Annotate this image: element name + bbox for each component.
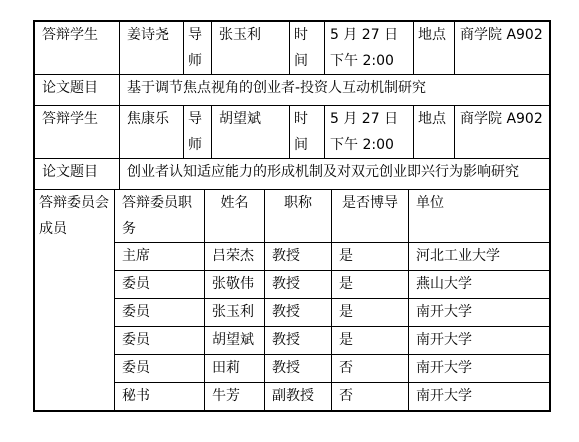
defense-info-table: 答辩学生 姜诗尧 导师 张玉利 时间 5 月 27 日 下午 2:00 地点 商… — [34, 21, 550, 190]
member-unit-cell: 南开大学 — [409, 355, 550, 383]
member-unit-cell: 南开大学 — [409, 327, 550, 355]
committee-header-title: 职称 — [265, 190, 332, 243]
location-value-cell: 商学院 A902 — [455, 106, 550, 159]
thesis-row-2: 论文题目 创业者认知适应能力的形成机制及对双元创业即兴行为影响研究 — [35, 159, 550, 190]
member-title-cell: 教授 — [265, 355, 332, 383]
thesis-label-cell: 论文题目 — [35, 75, 120, 106]
committee-section-label-cell: 答辩委员会成员 — [35, 190, 115, 411]
member-supervisor-cell: 否 — [332, 383, 409, 411]
committee-header-supervisor: 是否博导 — [332, 190, 409, 243]
member-name-cell: 张玉利 — [205, 299, 265, 327]
student-row-2: 答辩学生 焦康乐 导师 胡望斌 时间 5 月 27 日 下午 2:00 地点 商… — [35, 106, 550, 159]
time-date: 5 月 27 日 — [330, 22, 408, 48]
member-role-cell: 委员 — [115, 299, 205, 327]
time-label-cell: 时间 — [290, 22, 325, 75]
student-label-cell: 答辩学生 — [35, 22, 120, 75]
time-clock: 下午 2:00 — [330, 132, 408, 158]
advisor-name-cell: 胡望斌 — [212, 106, 290, 159]
student-name-cell: 焦康乐 — [120, 106, 184, 159]
defense-info-document: 答辩学生 姜诗尧 导师 张玉利 时间 5 月 27 日 下午 2:00 地点 商… — [33, 20, 551, 412]
time-label-cell: 时间 — [290, 106, 325, 159]
member-role-cell: 委员 — [115, 355, 205, 383]
thesis-label-cell: 论文题目 — [35, 159, 120, 190]
member-title-cell: 副教授 — [265, 383, 332, 411]
committee-header-unit: 单位 — [409, 190, 550, 243]
committee-header-row: 答辩委员会成员 答辩委员职务 姓名 职称 是否博导 单位 — [35, 190, 550, 243]
time-value-cell: 5 月 27 日 下午 2:00 — [325, 22, 414, 75]
committee-header-name: 姓名 — [205, 190, 265, 243]
advisor-label-cell: 导师 — [184, 106, 212, 159]
member-unit-cell: 河北工业大学 — [409, 243, 550, 271]
student-name-cell: 姜诗尧 — [120, 22, 184, 75]
location-value-cell: 商学院 A902 — [455, 22, 550, 75]
member-name-cell: 牛芳 — [205, 383, 265, 411]
thesis-title-cell: 基于调节焦点视角的创业者-投资人互动机制研究 — [120, 75, 550, 106]
member-title-cell: 教授 — [265, 327, 332, 355]
member-unit-cell: 南开大学 — [409, 383, 550, 411]
member-supervisor-cell: 否 — [332, 355, 409, 383]
member-role-cell: 主席 — [115, 243, 205, 271]
time-date: 5 月 27 日 — [330, 106, 408, 132]
time-clock: 下午 2:00 — [330, 48, 408, 74]
location-label-cell: 地点 — [414, 106, 455, 159]
member-title-cell: 教授 — [265, 271, 332, 299]
student-row-1: 答辩学生 姜诗尧 导师 张玉利 时间 5 月 27 日 下午 2:00 地点 商… — [35, 22, 550, 75]
member-role-cell: 委员 — [115, 327, 205, 355]
member-role-cell: 秘书 — [115, 383, 205, 411]
member-unit-cell: 燕山大学 — [409, 271, 550, 299]
student-label-cell: 答辩学生 — [35, 106, 120, 159]
committee-table: 答辩委员会成员 答辩委员职务 姓名 职称 是否博导 单位 主席 吕荣杰 教授 是… — [34, 189, 550, 411]
member-title-cell: 教授 — [265, 243, 332, 271]
time-value-cell: 5 月 27 日 下午 2:00 — [325, 106, 414, 159]
thesis-row-1: 论文题目 基于调节焦点视角的创业者-投资人互动机制研究 — [35, 75, 550, 106]
member-name-cell: 田莉 — [205, 355, 265, 383]
member-name-cell: 张敬伟 — [205, 271, 265, 299]
member-supervisor-cell: 是 — [332, 243, 409, 271]
member-title-cell: 教授 — [265, 299, 332, 327]
member-unit-cell: 南开大学 — [409, 299, 550, 327]
member-supervisor-cell: 是 — [332, 299, 409, 327]
member-role-cell: 委员 — [115, 271, 205, 299]
member-name-cell: 吕荣杰 — [205, 243, 265, 271]
member-supervisor-cell: 是 — [332, 327, 409, 355]
committee-header-role: 答辩委员职务 — [115, 190, 205, 243]
member-supervisor-cell: 是 — [332, 271, 409, 299]
member-name-cell: 胡望斌 — [205, 327, 265, 355]
advisor-name-cell: 张玉利 — [212, 22, 290, 75]
advisor-label-cell: 导师 — [184, 22, 212, 75]
location-label-cell: 地点 — [414, 22, 455, 75]
thesis-title-cell: 创业者认知适应能力的形成机制及对双元创业即兴行为影响研究 — [120, 159, 550, 190]
